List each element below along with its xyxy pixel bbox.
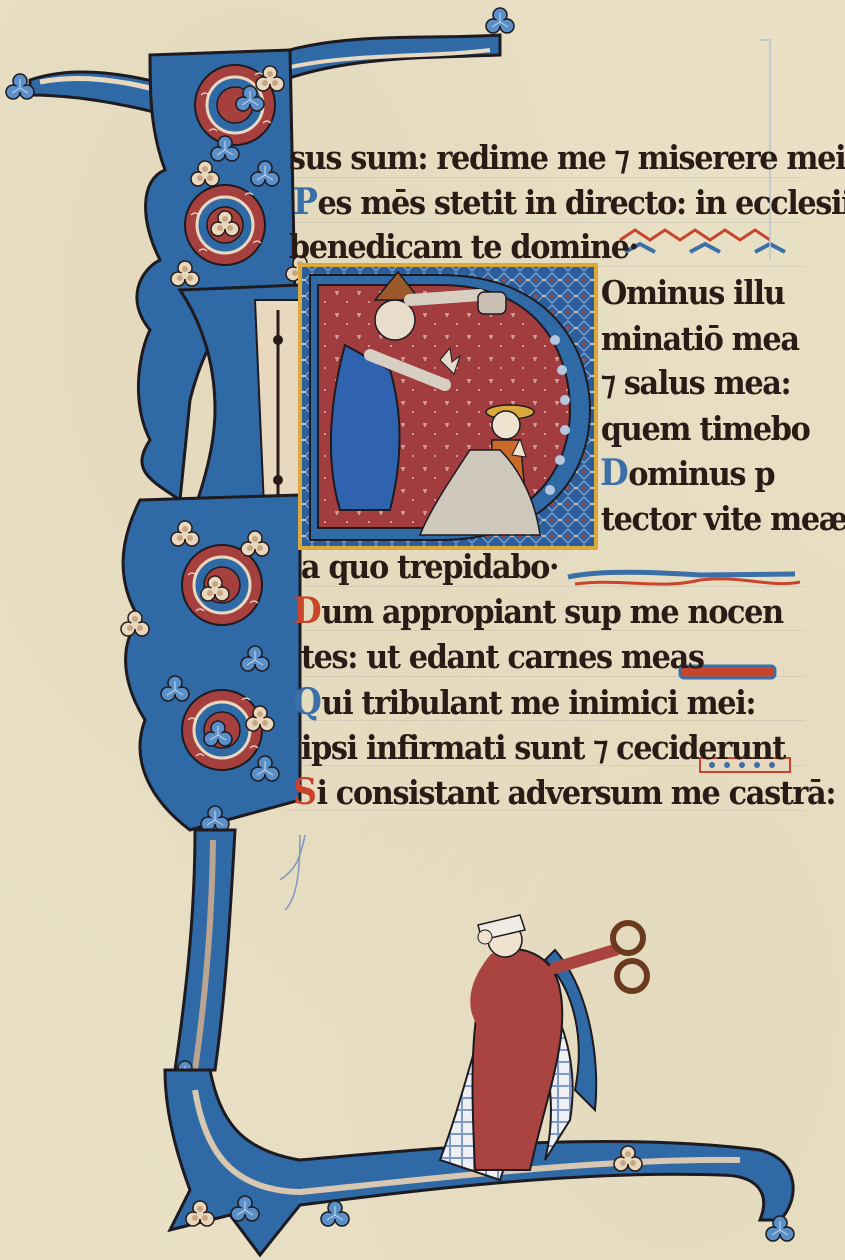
text-line: ipsi infirmati sunt ⁊ ceciderunt xyxy=(300,727,785,768)
line-filler-2 xyxy=(568,572,800,584)
initial-letter: D xyxy=(293,590,320,632)
manuscript-page: sus sum: redime me ⁊ miserere mei· Pes m… xyxy=(0,0,845,1260)
text-line: minatiō mea xyxy=(600,318,799,359)
text-line: benedicam te domine· xyxy=(288,226,638,267)
text-line: quem timebo xyxy=(600,408,810,449)
initial-letter: D xyxy=(600,452,627,494)
text-line: tector vite meæ: xyxy=(600,498,845,539)
text-line: tes: ut edant carnes meas xyxy=(300,636,704,677)
text-line: Dum appropiant sup me nocen xyxy=(293,591,783,632)
text-line: a quo trepidabo· xyxy=(300,546,558,587)
historiated-initial-d xyxy=(300,265,596,548)
text-line: Ominus illu xyxy=(600,272,784,313)
initial-letter: P xyxy=(293,181,317,223)
text-line: Pes mēs stetit in directo: in ecclesiis xyxy=(293,182,845,223)
line-filler-1 xyxy=(620,230,785,252)
text-line: ⁊ salus mea: xyxy=(600,362,790,403)
text-line: sus sum: redime me ⁊ miserere mei· xyxy=(288,137,845,178)
text-line: Qui tribulant me inimici mei: xyxy=(293,682,755,723)
initial-letter: S xyxy=(293,771,316,813)
initial-letter: Q xyxy=(293,681,320,723)
text-line: Si consistant adversum me castrā: xyxy=(293,772,835,813)
text-line: Dominus p xyxy=(600,453,774,494)
